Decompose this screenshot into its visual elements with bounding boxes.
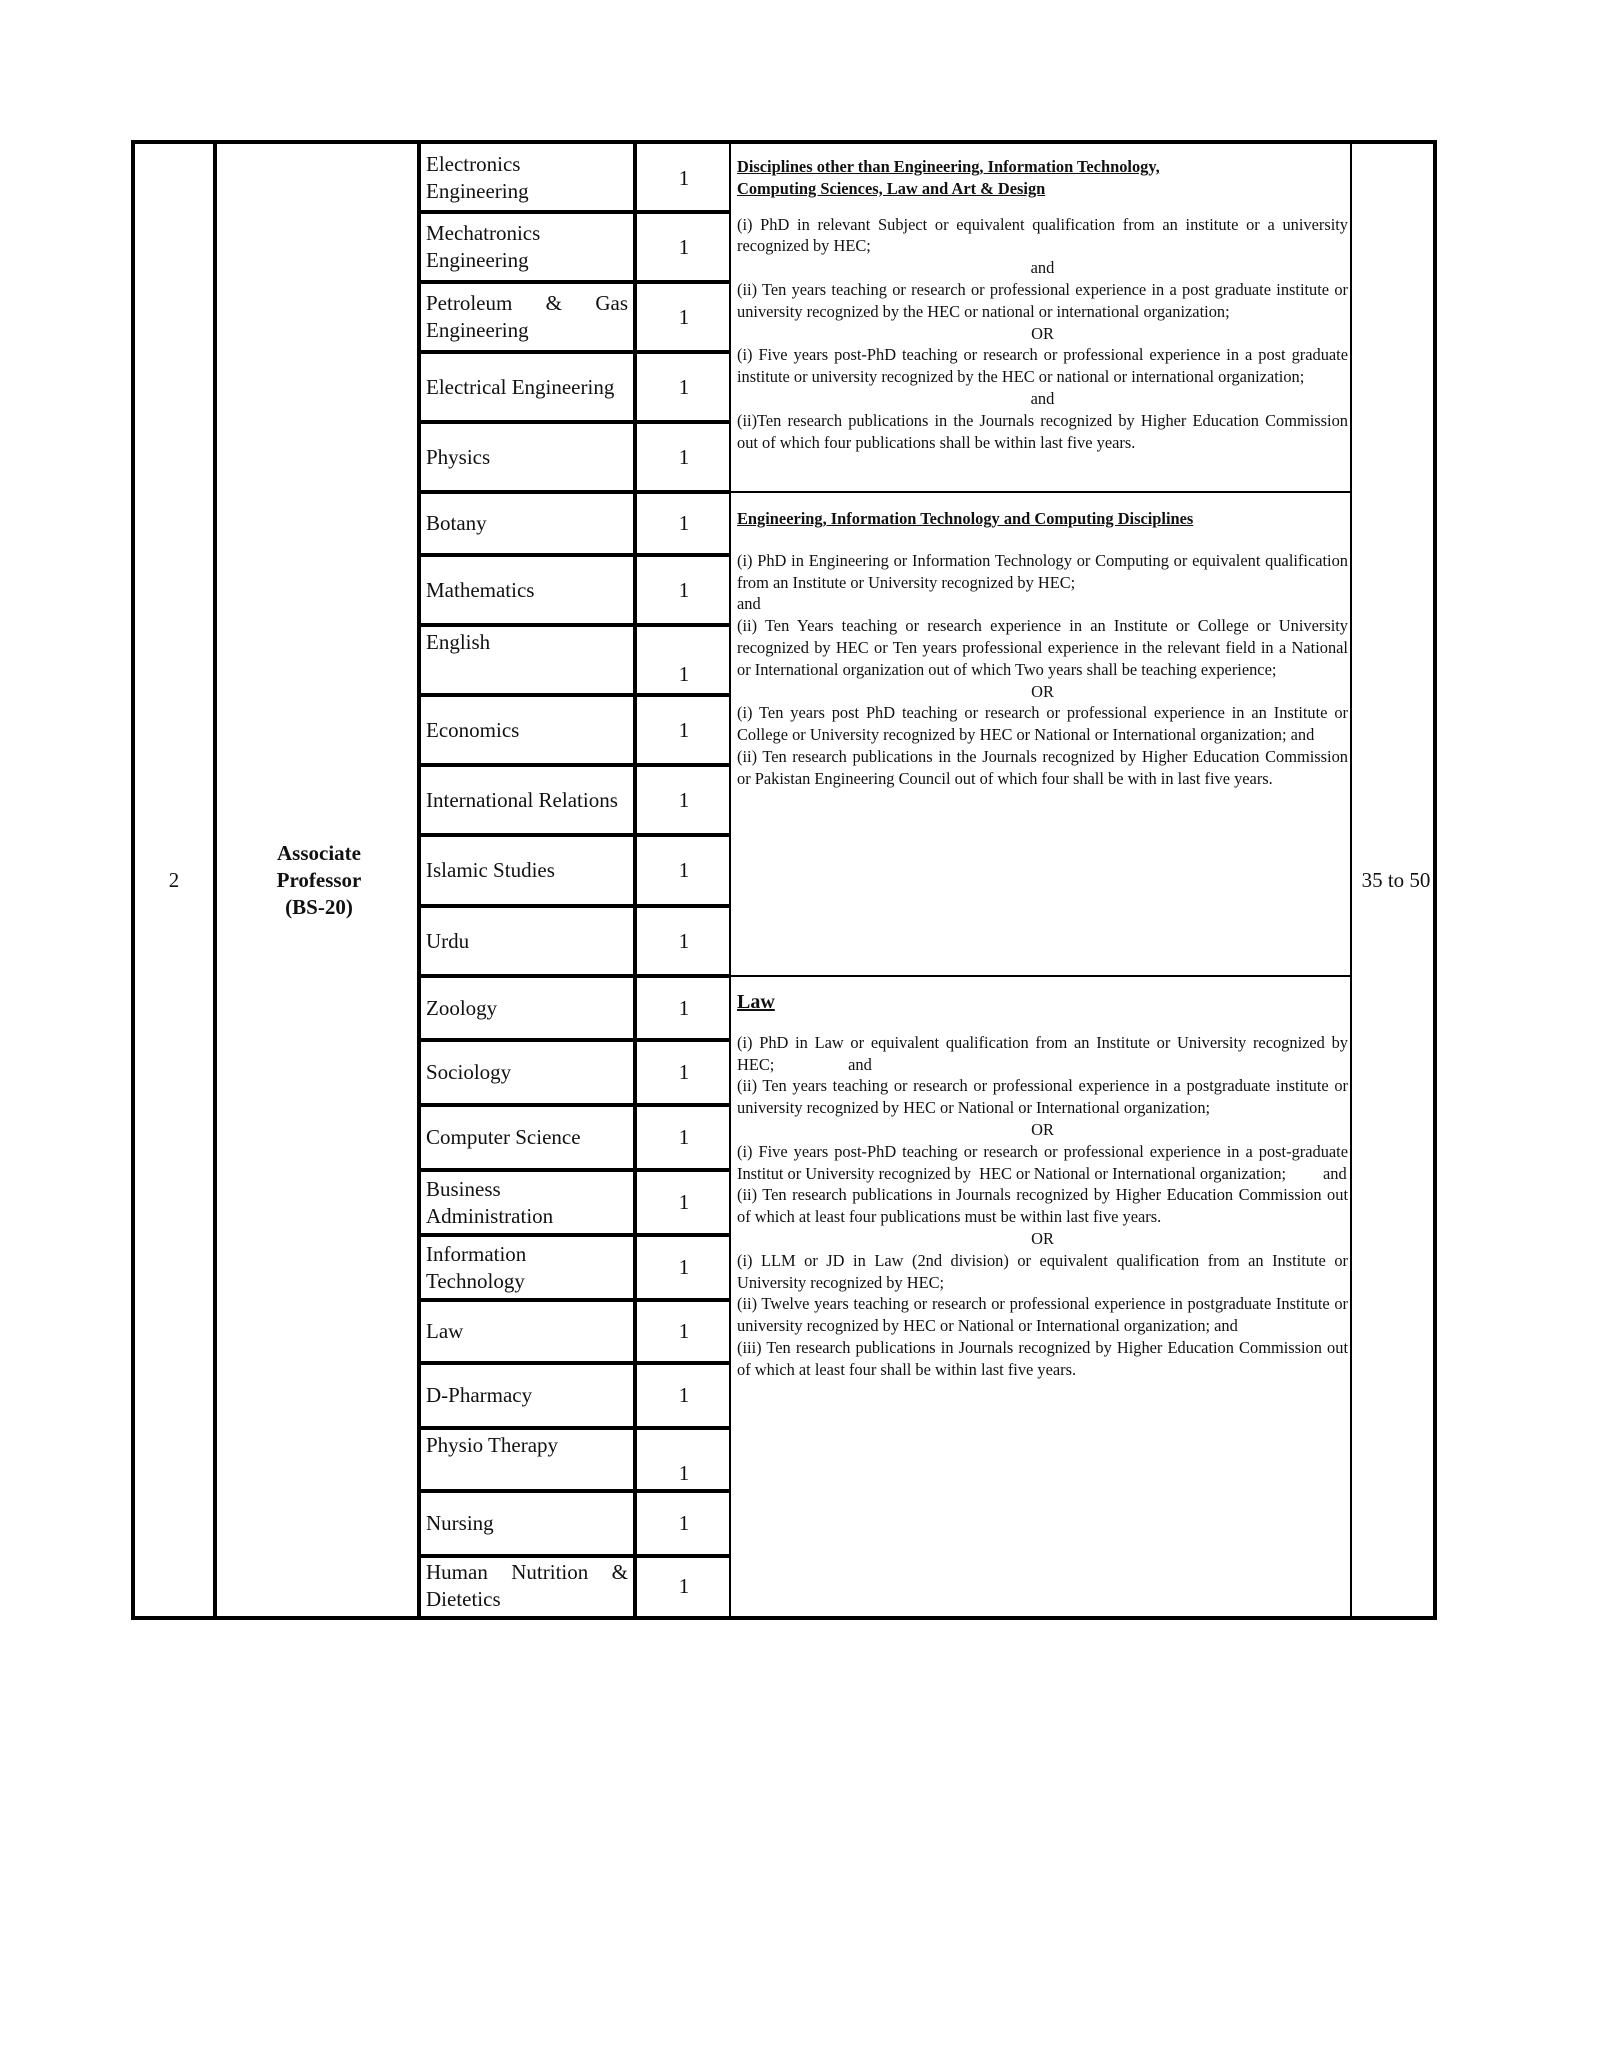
subject-cell: Sociology [423, 1040, 631, 1105]
subject-name: Physics [426, 444, 628, 471]
subject-cell: Islamic Studies [423, 835, 631, 906]
subject-name: Mathematics [426, 577, 628, 604]
posts-count: 1 [639, 352, 729, 422]
serial-number: 2 [135, 144, 213, 1616]
subject-name: Mechatronics Engineering [426, 220, 628, 274]
posts-count: 1 [639, 212, 729, 282]
criteria-line: (i) LLM or JD in Law (2nd division) or e… [737, 1250, 1348, 1294]
subject-name: English [426, 629, 628, 656]
subject-name: Urdu [426, 928, 628, 955]
posts-count: 1 [639, 1300, 729, 1363]
criteria-connector: OR [737, 681, 1348, 703]
criteria-heading-line: Engineering, Information Technology and … [737, 508, 1348, 530]
posts-count: 1 [639, 555, 729, 625]
criteria-block: Disciplines other than Engineering, Info… [734, 144, 1351, 492]
posts-count: 1 [639, 765, 729, 835]
post-title-line: (BS-20) [277, 894, 362, 921]
subject-cell: International Relations [423, 765, 631, 835]
posts-count: 1 [639, 422, 729, 492]
subject-cell: Computer Science [423, 1105, 631, 1170]
subject-name: Human Nutrition & Dietetics [426, 1559, 628, 1613]
subject-cell: Business Administration [423, 1170, 631, 1235]
criteria-heading-line: Computing Sciences, Law and Art & Design [737, 178, 1348, 200]
criteria-line: (ii) Ten research publications in Journa… [737, 1184, 1348, 1228]
posts-count: 1 [639, 144, 729, 212]
criteria-connector: OR [737, 1228, 1348, 1250]
document-page: 2 Associate Professor (BS-20) 35 to 50 E… [0, 0, 1600, 2071]
post-title-line: Professor [277, 867, 362, 894]
criteria-line: (i) PhD in Law or equivalent qualificati… [737, 1032, 1348, 1076]
subject-name: Zoology [426, 995, 628, 1022]
criteria-block: Engineering, Information Technology and … [734, 492, 1351, 976]
criteria-line: (i) PhD in relevant Subject or equivalen… [737, 214, 1348, 258]
posts-count: 1 [639, 1363, 729, 1428]
criteria-line: (ii) Ten years teaching or research or p… [737, 1075, 1348, 1119]
posts-count: 1 [639, 1556, 729, 1616]
criteria-line: (iii) Ten research publications in Journ… [737, 1337, 1348, 1381]
subject-cell: Information Technology [423, 1235, 631, 1300]
subject-cell: Physics [423, 422, 631, 492]
criteria-connector: OR [737, 1119, 1348, 1141]
subject-name: Computer Science [426, 1124, 628, 1151]
column-divider [729, 144, 731, 1616]
subject-cell: Nursing [423, 1491, 631, 1556]
post-title-line: Associate [277, 840, 362, 867]
subject-name: D-Pharmacy [426, 1382, 628, 1409]
column-divider [633, 144, 637, 1616]
criteria-line: (i) Five years post-PhD teaching or rese… [737, 344, 1348, 388]
criteria-connector: and [737, 388, 1348, 410]
posts-count: 1 [639, 695, 729, 765]
criteria-heading-line: Law [737, 992, 1348, 1014]
subject-name: Nursing [426, 1510, 628, 1537]
criteria-line: (i) Five years post-PhD teaching or rese… [737, 1141, 1348, 1185]
posts-count: 1 [639, 1170, 729, 1235]
subject-name: Petroleum & Gas Engineering [426, 290, 628, 344]
subject-name: Economics [426, 717, 628, 744]
subject-cell: Petroleum & Gas Engineering [423, 282, 631, 352]
posts-count: 1 [639, 1491, 729, 1556]
criteria-heading: Law [737, 992, 1348, 1014]
subject-cell: Physio Therapy [423, 1428, 631, 1491]
subject-cell: Zoology [423, 976, 631, 1040]
subject-cell: Botany [423, 492, 631, 555]
posts-count: 1 [639, 492, 729, 555]
subject-cell: Electrical Engineering [423, 352, 631, 422]
criteria-heading: Engineering, Information Technology and … [737, 508, 1348, 530]
subject-name: International Relations [426, 787, 628, 814]
post-title: Associate Professor (BS-20) [219, 144, 419, 1616]
posts-count: 1 [639, 1235, 729, 1300]
subject-name: Business Administration [426, 1176, 628, 1230]
subject-cell: Law [423, 1300, 631, 1363]
eligibility-table: 2 Associate Professor (BS-20) 35 to 50 E… [131, 140, 1437, 1620]
posts-count: 1 [639, 835, 729, 906]
subject-name: Botany [426, 510, 628, 537]
criteria-connector: OR [737, 323, 1348, 345]
subject-name: Electrical Engineering [426, 374, 628, 401]
subject-name: Sociology [426, 1059, 628, 1086]
posts-count: 1 [639, 976, 729, 1040]
subject-cell: D-Pharmacy [423, 1363, 631, 1428]
subject-cell: English [423, 625, 631, 695]
posts-count: 1 [639, 1040, 729, 1105]
criteria-line: (ii) Ten research publications in the Jo… [737, 746, 1348, 790]
criteria-line: (ii) Ten years teaching or research or p… [737, 279, 1348, 323]
criteria-line: (ii) Twelve years teaching or research o… [737, 1293, 1348, 1337]
posts-count: 1 [639, 1105, 729, 1170]
posts-count: 1 [639, 906, 729, 976]
subject-cell: Electronics Engineering [423, 144, 631, 212]
criteria-heading: Disciplines other than Engineering, Info… [737, 156, 1348, 200]
subject-cell: Economics [423, 695, 631, 765]
criteria-line: (i) Ten years post PhD teaching or resea… [737, 702, 1348, 746]
column-divider [213, 144, 217, 1616]
subject-name: Physio Therapy [426, 1432, 628, 1459]
posts-count: 1 [639, 282, 729, 352]
criteria-connector: and [737, 593, 1348, 615]
subject-name: Electronics Engineering [426, 151, 628, 205]
subject-cell: Human Nutrition & Dietetics [423, 1556, 631, 1616]
subject-name: Law [426, 1318, 628, 1345]
criteria-line: (ii) Ten Years teaching or research expe… [737, 615, 1348, 680]
criteria-block: Law(i) PhD in Law or equivalent qualific… [734, 976, 1351, 1616]
subject-cell: Urdu [423, 906, 631, 976]
criteria-heading-line: Disciplines other than Engineering, Info… [737, 156, 1348, 178]
criteria-line: (i) PhD in Engineering or Information Te… [737, 550, 1348, 594]
subject-cell: Mathematics [423, 555, 631, 625]
subject-name: Information Technology [426, 1241, 628, 1295]
criteria-line: (ii)Ten research publications in the Jou… [737, 410, 1348, 454]
subject-cell: Mechatronics Engineering [423, 212, 631, 282]
age-limit: 35 to 50 [1355, 144, 1437, 1616]
criteria-connector: and [737, 257, 1348, 279]
subject-name: Islamic Studies [426, 857, 628, 884]
